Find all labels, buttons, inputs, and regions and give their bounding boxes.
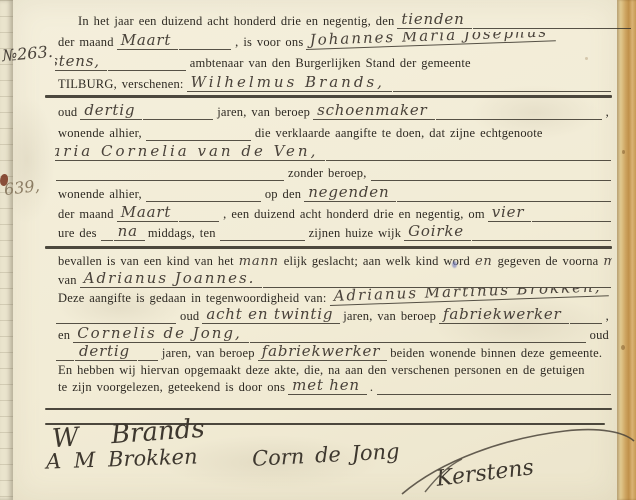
blank-rule <box>397 187 611 202</box>
blank-rule <box>377 380 611 395</box>
blank-rule <box>393 77 611 92</box>
printed-text: elijk geslacht; aan welk kind word <box>281 254 473 269</box>
printed-text: , <box>603 309 612 324</box>
form-line: zonder beroep, <box>55 163 612 181</box>
printed-text: zonder beroep, <box>285 166 370 181</box>
printed-text: bevallen is van een kind van het <box>55 254 237 269</box>
blank-rule <box>56 346 74 361</box>
blank-rule <box>146 187 261 202</box>
printed-text: En hebben wij hiervan opgemaakt deze akt… <box>55 363 588 378</box>
handwritten-entry: fabriekwerker <box>258 343 387 361</box>
printed-text: jaren, van beroep <box>340 309 439 324</box>
handwritten-entry: Kerstens, <box>55 53 107 71</box>
handwritten-entry: na <box>114 223 145 241</box>
printed-text: TILBURG, verschenen: <box>55 77 187 92</box>
form-line: vanAdrianus Joannes. <box>55 270 612 288</box>
form-line: Kerstens,ambtenaar van den Burgerlijken … <box>55 53 612 71</box>
blank-rule <box>473 14 631 29</box>
handwritten-entry: tienden <box>397 11 471 29</box>
form-line: te zijn voorgelezen, geteekend is door o… <box>55 377 612 395</box>
handwritten-insertion: en <box>473 254 495 269</box>
blank-rule <box>179 35 231 50</box>
handwritten-entry: acht en twintig <box>202 306 340 324</box>
printed-text: op den <box>262 187 304 202</box>
printed-text: van <box>55 273 80 288</box>
handwritten-entry: dertig <box>80 102 142 120</box>
form-line: In het jaar een duizend acht honderd dri… <box>55 11 632 29</box>
form-line: dertigjaren, van beroepfabriekwerkerbeid… <box>55 343 612 361</box>
blank-rule <box>220 226 305 241</box>
form-line: wonende alhier,die verklaarde aangifte t… <box>55 123 612 141</box>
section-rule <box>45 246 612 249</box>
blank-rule <box>101 226 113 241</box>
paper-speck <box>621 345 625 350</box>
blank-rule <box>146 126 251 141</box>
handwritten-entry: Adrianus Martinus Brokken, <box>329 288 608 306</box>
form-line: Deze aangifte is gedaan in tegenwoordigh… <box>55 288 612 306</box>
printed-text: wonende alhier, <box>55 187 145 202</box>
blank-rule <box>436 105 602 120</box>
printed-text: . <box>367 380 376 395</box>
previous-page-edge <box>0 0 13 500</box>
blank-rule <box>250 328 586 343</box>
form-line: der maandMaart, is voor onsJohannes Mari… <box>55 32 612 50</box>
handwritten-entry: met hen <box>288 377 367 395</box>
form-line: TILBURG, verschenen:Wilhelmus Brands, <box>55 74 612 92</box>
printed-text: der maand <box>55 35 117 50</box>
book-binding-edge <box>617 0 636 500</box>
blank-rule <box>56 166 284 181</box>
printed-text: oud <box>55 105 80 120</box>
printed-text: die verklaarde aangifte te doen, dat zij… <box>252 126 546 141</box>
form-line: oudacht en twintigjaren, van beroepfabri… <box>55 306 612 324</box>
blank-rule <box>138 346 158 361</box>
printed-text: beiden wonende binnen deze gemeente. <box>387 346 605 361</box>
blank-rule <box>56 309 176 324</box>
handwritten-entry: Adrianus Joannes. <box>80 270 263 288</box>
paper-speck <box>585 57 588 60</box>
printed-text: jaren, van beroep <box>159 346 258 361</box>
printed-text: jaren, van beroep <box>214 105 313 120</box>
handwritten-entry: Goirke <box>404 223 471 241</box>
form-line: wonende alhier,op dennegenden <box>55 184 612 202</box>
blank-rule <box>263 273 611 288</box>
printed-text: middags, ten <box>145 226 219 241</box>
printed-text: wonende alhier, <box>55 126 145 141</box>
blank-rule <box>179 207 219 222</box>
form-line: enCornelis de Jong,oud <box>55 325 612 343</box>
blank-rule <box>371 166 611 181</box>
printed-text: der maand <box>55 207 117 222</box>
handwritten-entry: dertig <box>75 343 137 361</box>
form-line: Maria Cornelia van de Ven, <box>55 143 612 161</box>
form-line: bevallen is van een kind van hetmannelij… <box>55 251 612 269</box>
handwritten-entry: Wilhelmus Brands, <box>187 74 392 92</box>
printed-text: In het jaar een duizend acht honderd dri… <box>75 14 397 29</box>
form-line: ouddertigjaren, van beroepschoenmaker, <box>55 102 612 120</box>
printed-text: Deze aangifte is gedaan in tegenwoordigh… <box>55 291 330 306</box>
printed-text: ambtenaar van den Burgerlijken Stand der… <box>187 56 474 71</box>
handwritten-insertion: men <box>601 254 612 269</box>
blank-rule <box>143 105 213 120</box>
printed-text: , <box>603 105 612 120</box>
handwritten-entry: schoenmaker <box>313 102 434 120</box>
section-rule <box>45 95 612 98</box>
handwritten-entry: Maart <box>117 32 178 50</box>
handwritten-entry: negenden <box>304 184 396 202</box>
form-line: ure desnamiddags, tenzijnen huize wijkGo… <box>55 223 612 241</box>
scanned-register-page: №263. 639, In het jaar een duizend acht … <box>0 0 636 500</box>
printed-text: , is voor ons <box>232 35 306 50</box>
printed-text: ure des <box>55 226 100 241</box>
blank-rule <box>532 207 611 222</box>
printed-text: en <box>55 328 73 343</box>
handwritten-entry: Johannes Maria Josephus <box>306 32 556 50</box>
handwritten-entry: fabriekwerker <box>439 306 568 324</box>
handwritten-entry: Cornelis de Jong, <box>73 325 249 343</box>
blank-rule <box>570 309 602 324</box>
handwritten-insertion: mann <box>237 254 281 269</box>
blank-rule <box>472 226 611 241</box>
handwritten-entry: Maart <box>117 204 178 222</box>
closing-rule <box>45 408 612 410</box>
handwritten-entry: vier <box>488 204 532 222</box>
form-line: En hebben wij hiervan opgemaakt deze akt… <box>55 360 612 378</box>
printed-text: te zijn voorgelezen, geteekend is door o… <box>55 380 288 395</box>
printed-text: gegeven de voorna <box>495 254 602 269</box>
paper-speck <box>622 150 625 154</box>
form-line: der maandMaart, een duizend acht honderd… <box>55 204 612 222</box>
blank-rule <box>326 146 611 161</box>
printed-text: oud <box>587 328 612 343</box>
printed-text: , een duizend acht honderd drie en negen… <box>220 207 488 222</box>
printed-text: oud <box>177 309 202 324</box>
handwritten-entry: Maria Cornelia van de Ven, <box>55 143 325 161</box>
blank-rule <box>108 56 186 71</box>
printed-text: zijnen huize wijk <box>306 226 404 241</box>
